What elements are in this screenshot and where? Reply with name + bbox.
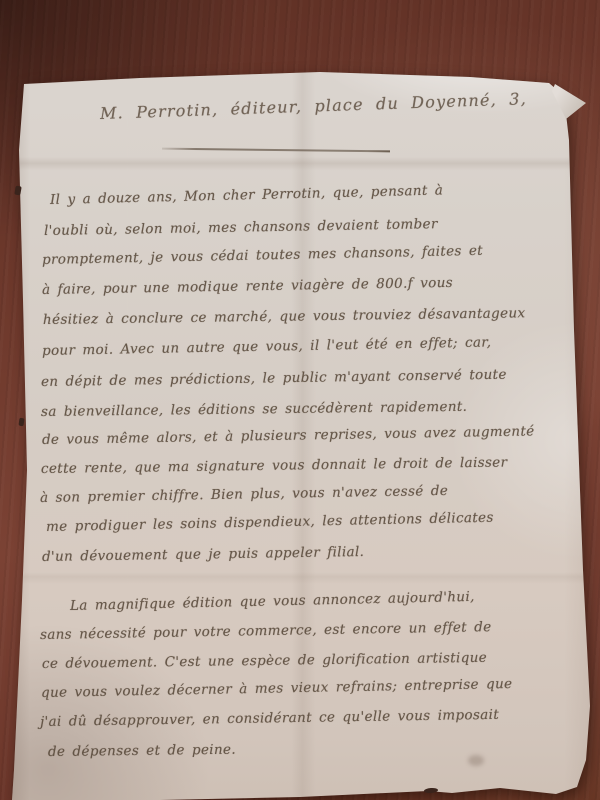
photo-scene: M. Perrotin, éditeur, place du Doyenné, … bbox=[0, 0, 600, 800]
letter-line: de dépenses et de peine. bbox=[48, 742, 236, 760]
ink-smudge bbox=[468, 755, 484, 766]
